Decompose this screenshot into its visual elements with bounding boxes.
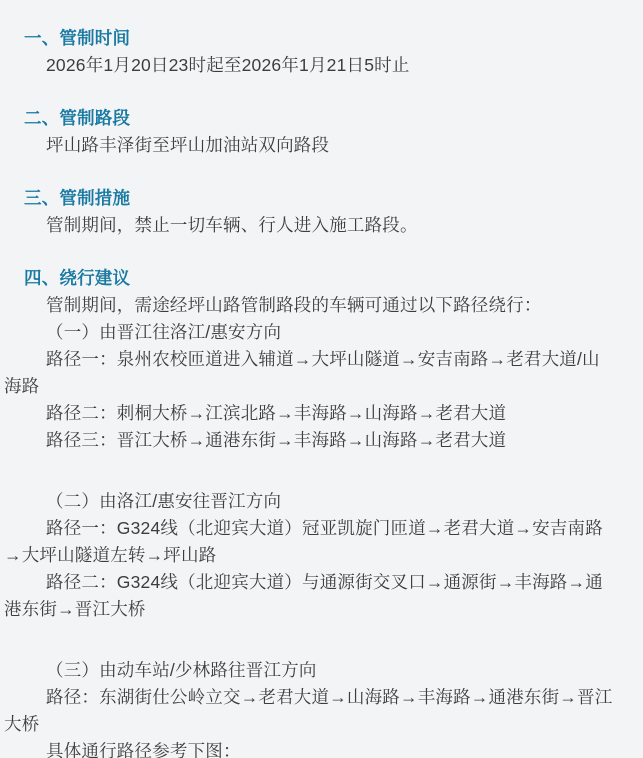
paragraph-direction-1-title: （一）由晋江往洛江/惠安方向 [4, 319, 613, 346]
paragraph-direction-3-route: 路径：东湖街仕公岭立交→老君大道→山海路→丰海路→通港东街→晋江大桥 [4, 684, 613, 738]
paragraph-direction-3-title: （三）由动车站/少林路往晋江方向 [4, 657, 613, 684]
paragraph-direction-1-route-1: 路径一：泉州农校匝道进入辅道→大坪山隧道→安吉南路→老君大道/山海路 [4, 346, 613, 400]
section-control-measures: 三、管制措施 管制期间，禁止一切车辆、行人进入施工路段。 [4, 185, 613, 239]
paragraph-direction-2-route-2: 路径二：G324线（北迎宾大道）与通源街交叉口→通源街→丰海路→通港东街→晋江大… [4, 569, 613, 623]
section-detour-advice: 四、绕行建议 管制期间，需途经坪山路管制路段的车辆可通过以下路径绕行： （一）由… [4, 265, 613, 758]
section-control-road: 二、管制路段 坪山路丰泽街至坪山加油站双向路段 [4, 105, 613, 159]
section-heading-control-time: 一、管制时间 [24, 25, 613, 52]
section-heading-detour-advice: 四、绕行建议 [24, 265, 613, 292]
paragraph-direction-1-route-3: 路径三：晋江大桥→通港东街→丰海路→山海路→老君大道 [4, 427, 613, 454]
paragraph-direction-2-route-1: 路径一：G324线（北迎宾大道）冠亚凯旋门匝道→老君大道→安吉南路→大坪山隧道左… [4, 515, 613, 569]
section-heading-control-road: 二、管制路段 [24, 105, 613, 132]
traffic-notice-article: 一、管制时间 2026年1月20日23时起至2026年1月21日5时止 二、管制… [0, 0, 643, 758]
paragraph-control-measures: 管制期间，禁止一切车辆、行人进入施工路段。 [4, 212, 613, 239]
paragraph-control-road: 坪山路丰泽街至坪山加油站双向路段 [4, 132, 613, 159]
paragraph-direction-2-title: （二）由洛江/惠安往晋江方向 [4, 488, 613, 515]
section-heading-control-measures: 三、管制措施 [24, 185, 613, 212]
paragraph-direction-1-route-2: 路径二：刺桐大桥→江滨北路→丰海路→山海路→老君大道 [4, 400, 613, 427]
section-control-time: 一、管制时间 2026年1月20日23时起至2026年1月21日5时止 [4, 25, 613, 79]
paragraph-map-reference: 具体通行路径参考下图： [4, 738, 613, 758]
paragraph-detour-intro: 管制期间，需途经坪山路管制路段的车辆可通过以下路径绕行： [4, 292, 613, 319]
paragraph-control-time: 2026年1月20日23时起至2026年1月21日5时止 [4, 52, 613, 79]
